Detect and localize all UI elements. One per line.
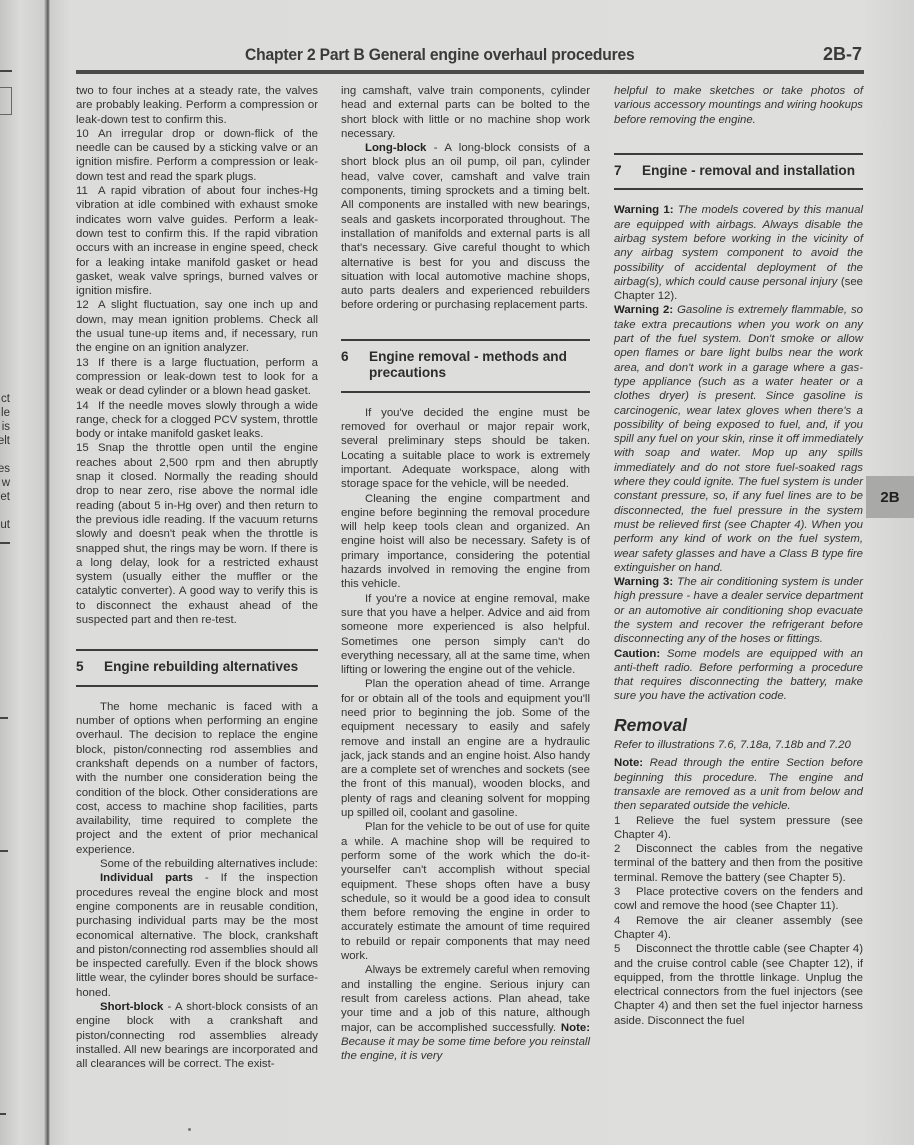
term-text: - A long-block consists of a short block… [341,142,590,311]
step-number: 12 [76,298,98,312]
fragment-text: ut [0,518,10,533]
step-15: 15Snap the throttle open until the engin… [76,441,318,627]
step-text: If there is a large fluctuation, perform… [76,357,318,398]
step-12: 12A slight fluctuation, say one inch up … [76,298,318,355]
warning-3: Warning 3: The air conditioning system i… [614,575,863,646]
section-title: Engine removal - methods and precautions [369,349,590,382]
section-7-heading: 7 Engine - removal and installation [614,153,863,191]
step-text: A rapid vibration of about four inches-H… [76,185,318,297]
paragraph: If you've decided the engine must be rem… [341,406,590,492]
warning-text: The models covered by this manual are eq… [614,204,863,287]
removal-note: Note: Read through the entire Section be… [614,756,863,813]
section-number: 6 [341,349,369,382]
paragraph-text: Always be extremely careful when removin… [341,964,590,1033]
step-text: Remove the air cleaner assembly (see Cha… [614,915,863,941]
warning-label: Warning 3: [614,576,673,588]
divider [0,717,8,719]
divider [0,542,10,544]
warning-label: Warning 2: [614,304,673,316]
paragraph: Some of the rebuilding alternatives incl… [76,857,318,871]
divider [0,850,8,852]
chapter-tab-label: 2B [880,489,899,506]
section-number: 5 [76,659,104,676]
step-text: A slight fluctuation, say one inch up an… [76,299,318,354]
step-text: Place protective covers on the fenders a… [614,886,863,912]
section-title: Engine rebuilding alternatives [104,659,298,676]
paragraph: two to four inches at a steady rate, the… [76,84,318,127]
step-text: Disconnect the cables from the negative … [614,843,863,884]
paragraph: ing camshaft, valve train components, cy… [341,84,590,141]
term-label: Short-block [100,1001,163,1013]
term-text: - If the inspection procedures reveal th… [76,872,318,998]
step-number: 2 [614,842,636,856]
step-number: 13 [76,356,98,370]
paragraph: helpful to make sketches or take photos … [614,84,863,127]
removal-step-4: 4Remove the air cleaner assembly (see Ch… [614,914,863,943]
removal-step-5: 5Disconnect the throttle cable (see Chap… [614,942,863,1028]
section-5-heading: 5 Engine rebuilding alternatives [76,649,318,687]
illustration-reference: Refer to illustrations 7.6, 7.18a, 7.18b… [614,738,863,752]
term-label: Individual parts [100,872,193,884]
paragraph: Plan the operation ahead of time. Arrang… [341,677,590,820]
step-number: 5 [614,942,636,956]
note-label: Note: [561,1022,590,1034]
warning-1: Warning 1: The models covered by this ma… [614,203,863,303]
step-text: If the needle moves slowly through a wid… [76,400,318,441]
fragment-text: is [2,420,10,435]
warning-2: Warning 2: Gasoline is extremely flammab… [614,303,863,575]
page-number: 2B-7 [823,44,862,65]
step-number: 15 [76,441,98,455]
removal-step-3: 3Place protective covers on the fenders … [614,885,863,914]
term-label: Long-block [365,142,426,154]
chapter-thumb-tab: 2B [866,476,914,518]
column-2: ing camshaft, valve train components, cy… [341,84,590,1063]
step-text: Disconnect the throttle cable (see Chapt… [614,943,863,1026]
page-header: Chapter 2 Part B General engine overhaul… [70,40,870,70]
step-number: 4 [614,914,636,928]
step-14: 14If the needle moves slowly through a w… [76,399,318,442]
note-continuation: helpful to make sketches or take photos … [614,85,863,126]
step-11: 11A rapid vibration of about four inches… [76,184,318,298]
paragraph-long-block: Long-block - A long-block consists of a … [341,141,590,313]
caution: Caution: Some models are equipped with a… [614,647,863,704]
step-text: Relieve the fuel system pressure (see Ch… [614,815,863,841]
warning-text: Gasoline is extremely flammable, so take… [614,304,863,573]
step-text: An irregular drop or down-flick of the n… [76,128,318,183]
paragraph-with-note: Always be extremely careful when removin… [341,963,590,1063]
divider [0,1113,6,1115]
paragraph: Plan for the vehicle to be out of use fo… [341,820,590,963]
divider [0,70,12,72]
fragment-text: et [0,490,10,505]
step-number: 1 [614,814,636,828]
chapter-title: Chapter 2 Part B General engine overhaul… [245,45,635,65]
figure-edge [0,87,12,115]
section-title: Engine - removal and installation [642,163,855,180]
step-number: 10 [76,127,98,141]
note-text: Read through the entire Section before b… [614,757,863,812]
paragraph: The home mechanic is faced with a number… [76,700,318,857]
step-number: 11 [76,184,98,198]
warning-label: Warning 1: [614,204,674,216]
step-13: 13If there is a large fluctuation, perfo… [76,356,318,399]
removal-step-2: 2Disconnect the cables from the negative… [614,842,863,885]
step-text: Snap the throttle open until the engine … [76,442,318,626]
illustration-reference-text: Refer to illustrations 7.6, 7.18a, 7.18b… [614,739,851,751]
fragment-text: le [1,406,10,421]
section-6-heading: 6 Engine removal - methods and precautio… [341,339,590,393]
removal-step-1: 1Relieve the fuel system pressure (see C… [614,814,863,843]
paragraph: If you're a novice at engine removal, ma… [341,592,590,678]
header-rule [76,70,864,74]
note-label: Note: [614,757,643,769]
fragment-text: ct [1,392,10,407]
removal-heading: Removal [614,718,863,732]
fragment-text: elt [0,434,10,449]
step-number: 14 [76,399,98,413]
fragment-text: w [2,476,10,491]
paragraph-individual-parts: Individual parts - If the inspection pro… [76,871,318,1000]
print-speck [188,1128,191,1131]
note-text: Because it may be some time before you r… [341,1036,590,1062]
column-1: two to four inches at a steady rate, the… [76,84,318,1072]
manual-page: ct le is elt es w et ut Chapter 2 Part B… [0,0,914,1145]
step-number: 3 [614,885,636,899]
previous-page-edge: ct le is elt es w et ut [0,0,48,1145]
column-3: helpful to make sketches or take photos … [614,84,863,1028]
step-10: 10An irregular drop or down-flick of the… [76,127,318,184]
paragraph-short-block: Short-block - A short-block consists of … [76,1000,318,1071]
fragment-text: es [0,462,10,477]
section-number: 7 [614,163,642,180]
paragraph: Cleaning the engine compartment and engi… [341,492,590,592]
caution-label: Caution: [614,648,660,660]
